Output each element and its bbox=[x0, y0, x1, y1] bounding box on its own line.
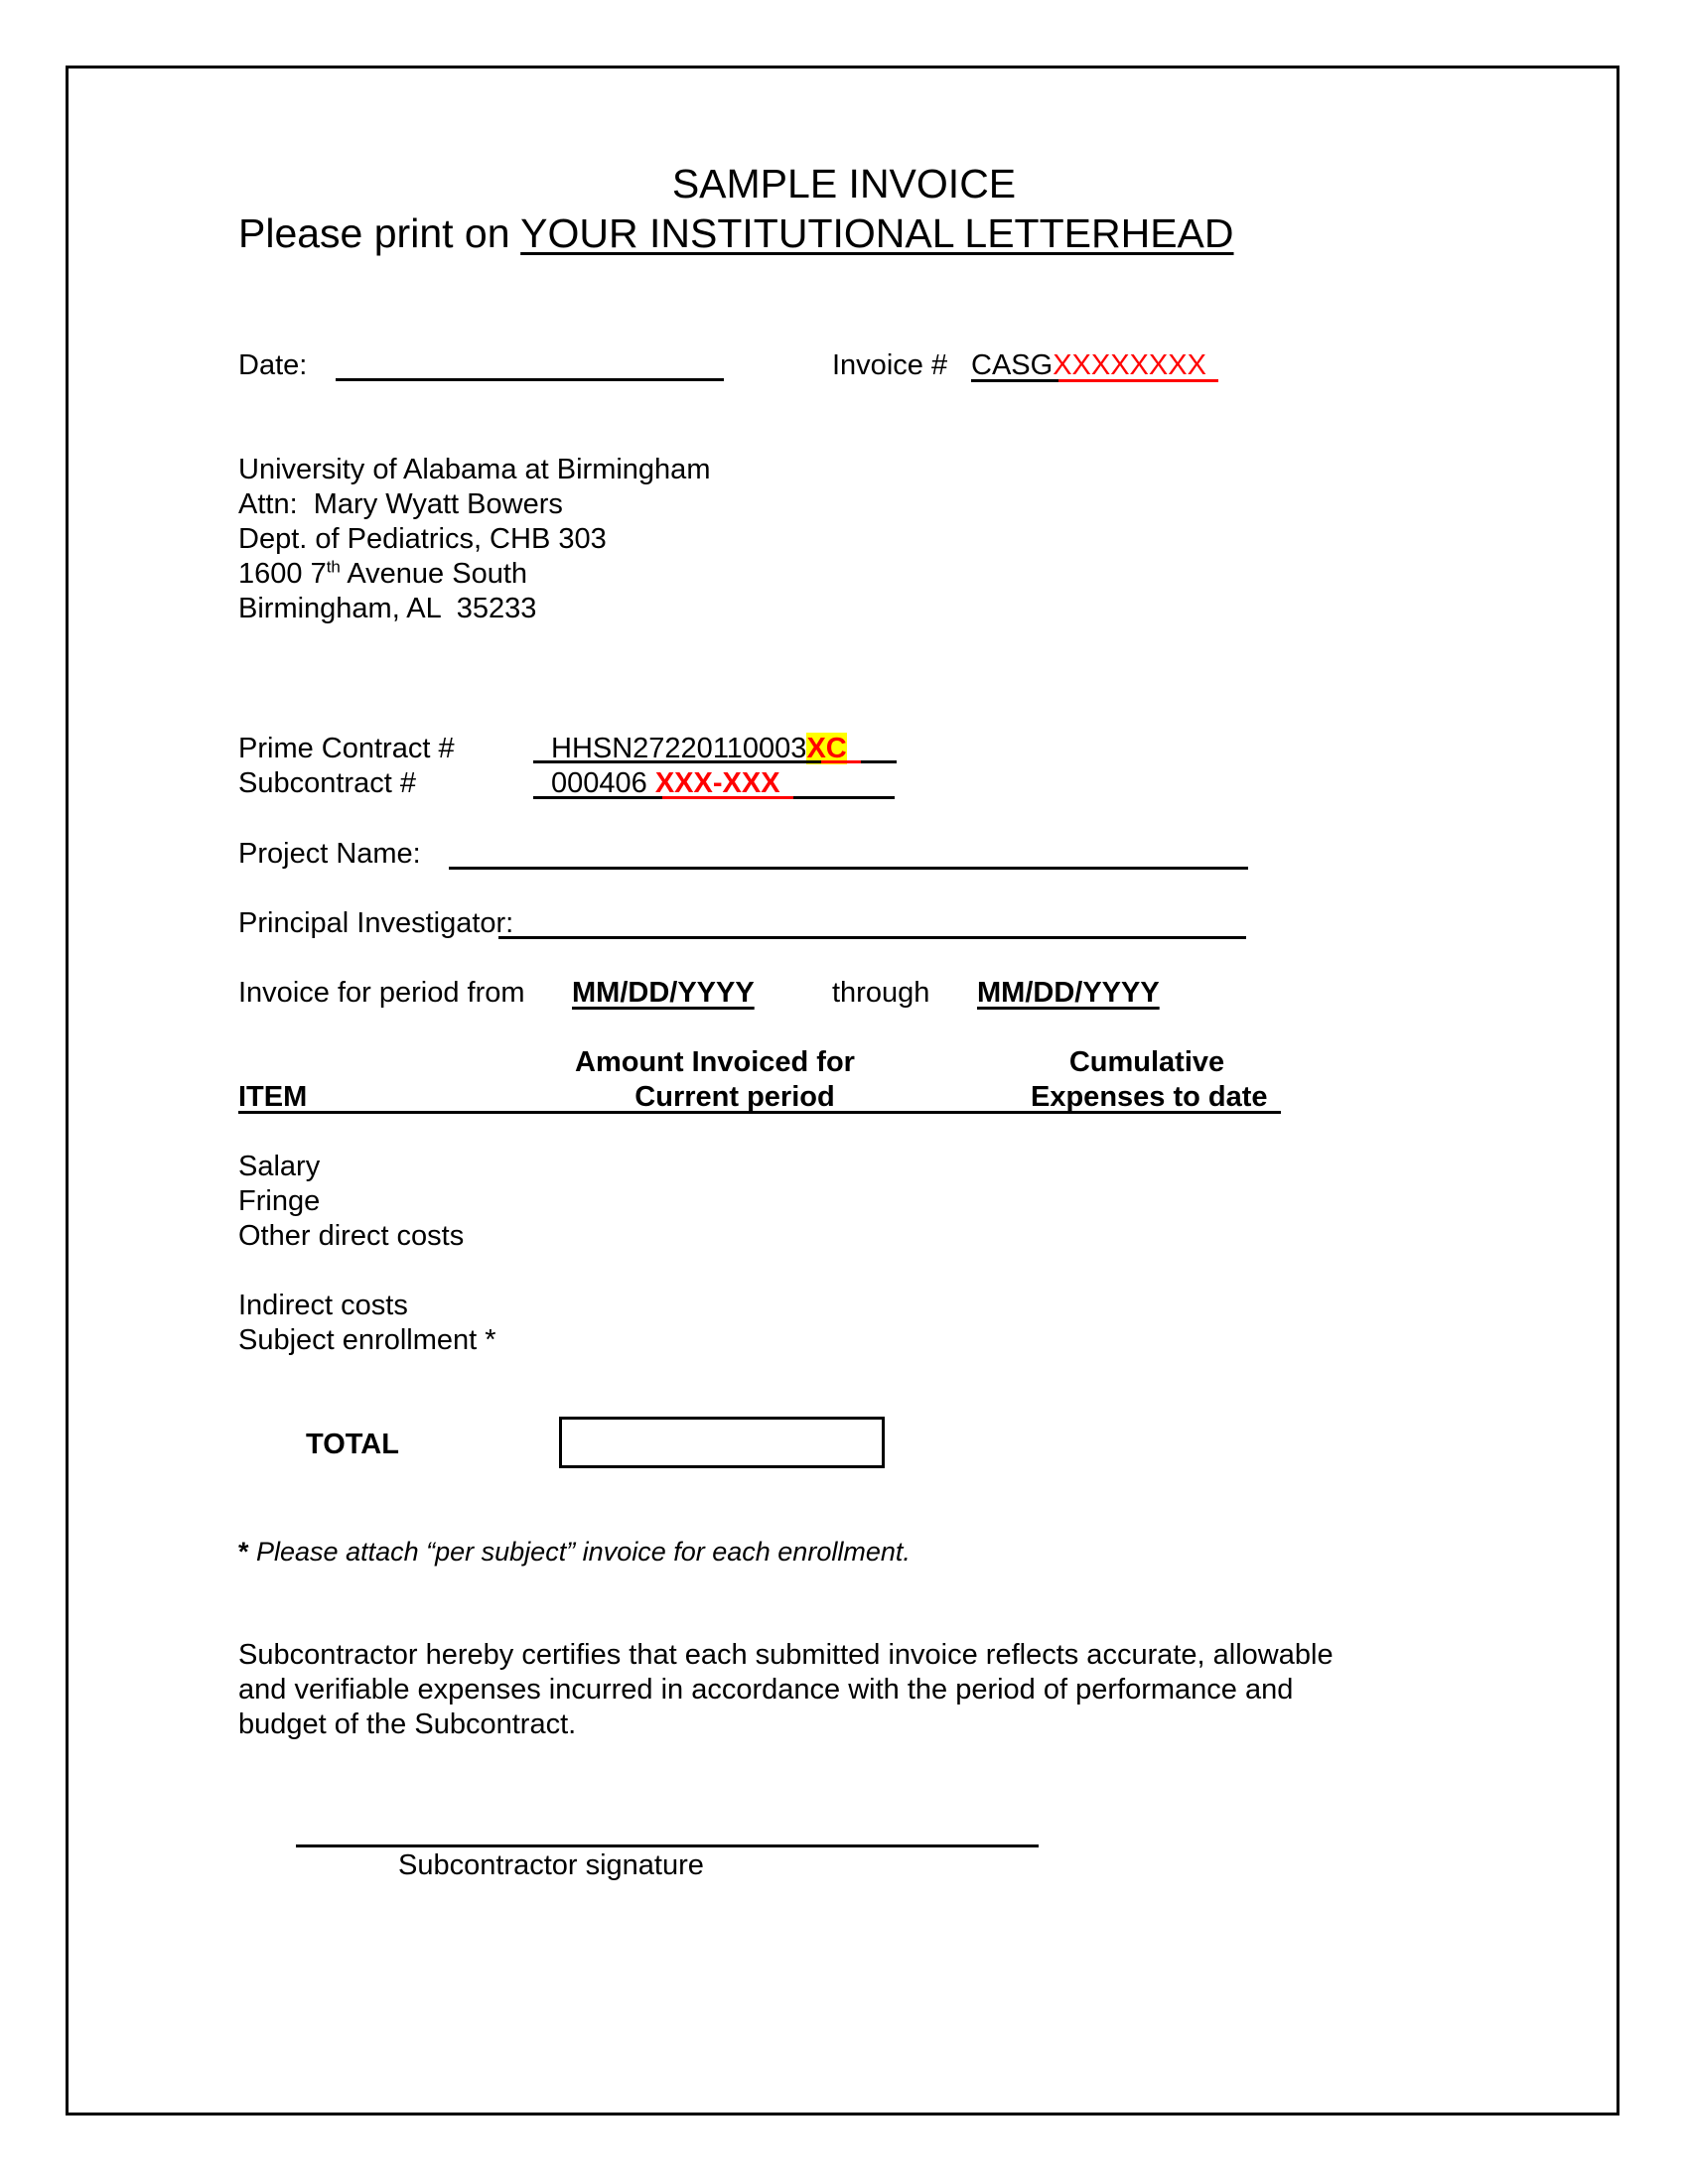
total-field[interactable] bbox=[559, 1417, 885, 1468]
footnote: * Please attach “per subject” invoice fo… bbox=[238, 1536, 911, 1568]
date-field[interactable] bbox=[336, 348, 724, 378]
instruction-prefix: Please print on bbox=[238, 210, 520, 256]
certification-line-1: Subcontractor hereby certifies that each… bbox=[238, 1638, 1334, 1672]
subcontract-placeholder: XXX-XXX bbox=[655, 767, 780, 799]
period-through-label: through bbox=[832, 976, 929, 1010]
table-row-subject-enrollment: Subject enrollment * bbox=[238, 1323, 496, 1357]
page-title: SAMPLE INVOICE bbox=[0, 159, 1688, 208]
period-from-field[interactable]: MM/DD/YYYY bbox=[572, 976, 755, 1010]
signature-field[interactable] bbox=[296, 1812, 1039, 1843]
instruction-emphasis: YOUR INSTITUTIONAL LETTERHEAD bbox=[520, 210, 1233, 256]
table-row-other-direct-costs: Other direct costs bbox=[238, 1219, 464, 1253]
table-row-salary: Salary bbox=[238, 1150, 320, 1183]
certification-line-3: budget of the Subcontract. bbox=[238, 1707, 576, 1741]
project-name-field[interactable] bbox=[449, 837, 1248, 867]
address-line-3: Dept. of Pediatrics, CHB 303 bbox=[238, 522, 607, 556]
certification-line-2: and verifiable expenses incurred in acco… bbox=[238, 1673, 1293, 1706]
invoice-prefix: CASG bbox=[971, 349, 1053, 381]
project-name-label: Project Name: bbox=[238, 837, 421, 871]
table-row-fringe: Fringe bbox=[238, 1184, 320, 1218]
subcontract-number: 000406 bbox=[551, 767, 655, 799]
column-header-amount-line1: Amount Invoiced for bbox=[526, 1045, 904, 1079]
date-underline bbox=[336, 378, 724, 381]
footnote-text: Please attach “per subject” invoice for … bbox=[249, 1537, 911, 1567]
invoice-number-field[interactable]: CASGXXXXXXXX bbox=[971, 348, 1206, 382]
street-number: 1600 7 bbox=[238, 558, 327, 590]
address-line-1: University of Alabama at Birmingham bbox=[238, 453, 710, 486]
street-name: Avenue South bbox=[341, 558, 527, 590]
prime-contract-label: Prime Contract # bbox=[238, 732, 455, 765]
prime-placeholder-underline bbox=[821, 760, 861, 763]
principal-investigator-label: Principal Investigator: bbox=[238, 906, 513, 940]
invoice-number-label: Invoice # bbox=[832, 348, 947, 382]
address-line-4: 1600 7th Avenue South bbox=[238, 557, 527, 591]
invoice-placeholder: XXXXXXXX bbox=[1053, 349, 1206, 381]
address-line-2: Attn: Mary Wyatt Bowers bbox=[238, 487, 563, 521]
subcontract-placeholder-underline bbox=[662, 796, 793, 799]
signature-line bbox=[296, 1844, 1039, 1847]
column-header-item: ITEM bbox=[238, 1080, 307, 1114]
letterhead-instruction: Please print on YOUR INSTITUTIONAL LETTE… bbox=[238, 208, 1234, 258]
table-row-indirect-costs: Indirect costs bbox=[238, 1289, 408, 1322]
total-label: TOTAL bbox=[306, 1428, 399, 1461]
subcontract-label: Subcontract # bbox=[238, 766, 416, 800]
period-label: Invoice for period from bbox=[238, 976, 525, 1010]
period-to-field[interactable]: MM/DD/YYYY bbox=[977, 976, 1160, 1010]
footnote-star: * bbox=[238, 1537, 249, 1567]
column-header-amount-line2: Current period bbox=[546, 1080, 923, 1114]
invoice-underline-red bbox=[1058, 379, 1218, 382]
column-header-cumulative-line1: Cumulative bbox=[993, 1045, 1301, 1079]
column-header-cumulative-line2: Expenses to date bbox=[1031, 1080, 1268, 1114]
date-label: Date: bbox=[238, 348, 307, 382]
subcontract-value[interactable]: 000406 XXX-XXX bbox=[551, 766, 780, 800]
invoice-underline-black bbox=[971, 379, 1058, 382]
principal-investigator-underline bbox=[498, 936, 1246, 939]
ordinal-suffix: th bbox=[327, 557, 341, 576]
signature-label: Subcontractor signature bbox=[398, 1848, 704, 1882]
table-header-rule bbox=[238, 1111, 1281, 1114]
address-line-5: Birmingham, AL 35233 bbox=[238, 592, 536, 625]
principal-investigator-field[interactable] bbox=[498, 906, 1246, 936]
project-name-underline bbox=[449, 867, 1248, 870]
